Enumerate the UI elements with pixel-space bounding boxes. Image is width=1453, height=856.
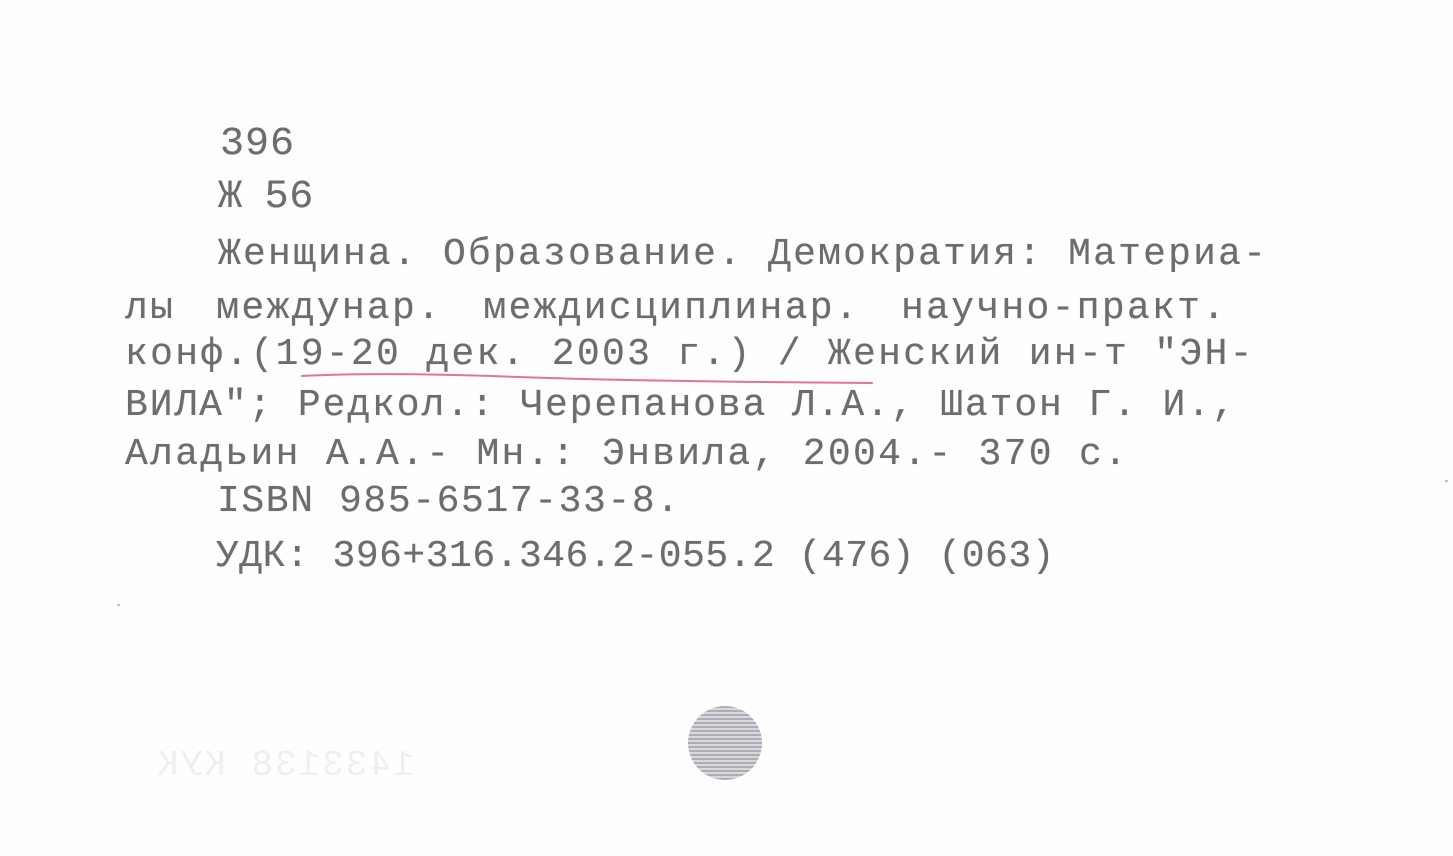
description-line-2: лы междунар. междисциплинар. научно-прак… [125,290,1227,328]
isbn-line: ISBN 985-6517-33-8. [217,483,681,521]
description-line-3: конф.(19-20 дек. 2003 г.) / Женский ин-т… [125,336,1255,374]
author-mark: Ж56 [218,178,314,218]
udc-line: УДК: 396+316.346.2-055.2 (476) (063) [216,538,1055,576]
punch-hole [688,706,762,780]
classification-number: 396 [220,125,295,165]
catalog-card: 396 Ж56 Женщина. Образование. Демократия… [0,0,1453,856]
scan-speck [1445,480,1448,482]
description-line-5: Аладьин А.А.- Мн.: Энвила, 2004.- 370 с. [125,436,1129,474]
description-line-1: Женщина. Образование. Демократия: Матери… [218,236,1268,274]
scan-speck [117,604,120,606]
bleed-through-text: 1433138 КУК [155,745,415,786]
description-line-4: ВИЛА"; Редкол.: Черепанова Л.А., Шатон Г… [125,387,1237,425]
author-mark-number: 56 [265,175,314,220]
author-mark-letter: Ж [218,175,243,220]
